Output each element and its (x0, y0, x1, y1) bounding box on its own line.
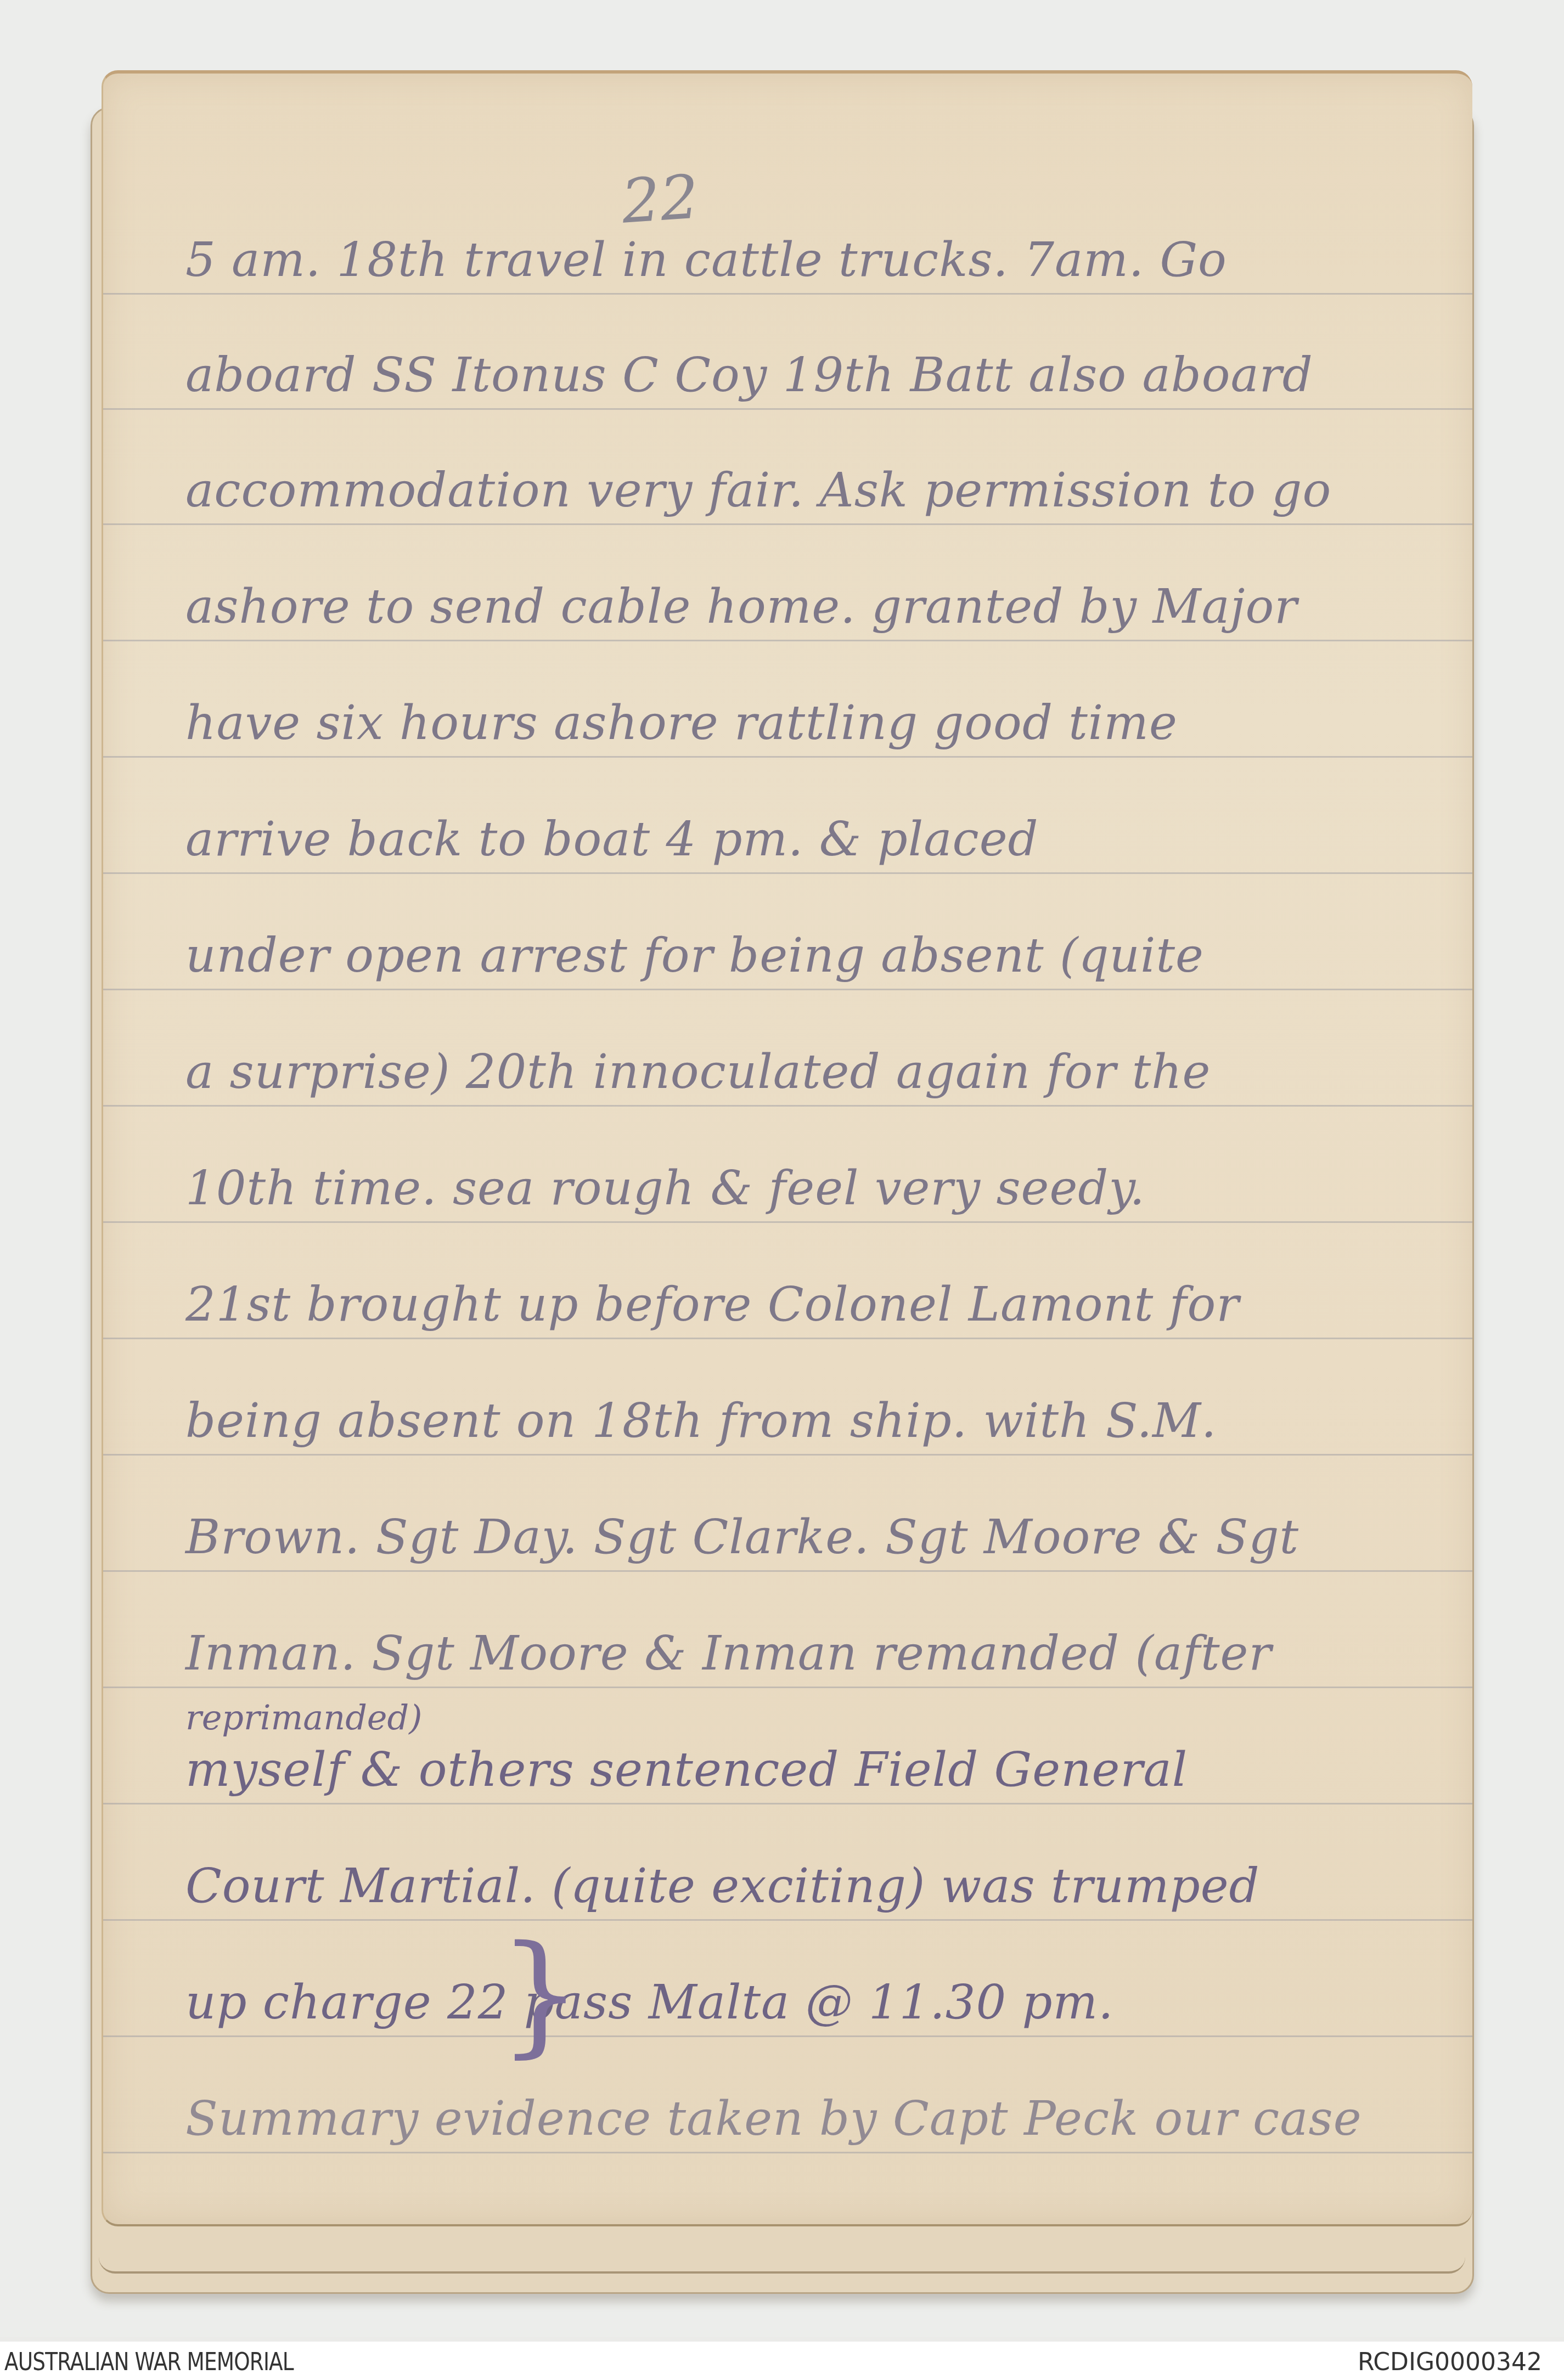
interlinear-note: reprimanded) (185, 1697, 422, 1738)
diary-line-15: Court Martial. (quite exciting) was trum… (185, 1859, 1260, 1914)
brace-mark: } (498, 1928, 582, 2060)
diary-line-5: have six hours ashore rattling good time (185, 696, 1178, 751)
diary-line-13: Inman. Sgt Moore & Inman remanded (after (185, 1626, 1272, 1681)
diary-page: 22 5 am. 18th travel in cattle trucks. 7… (102, 70, 1472, 2226)
diary-line-16: up charge 22 pass Malta @ 11.30 pm. (185, 1975, 1114, 2030)
institution-caption: AUSTRALIAN WAR MEMORIAL (4, 2348, 294, 2376)
diary-line-12: Brown. Sgt Day. Sgt Clarke. Sgt Moore & … (185, 1510, 1299, 1565)
ruled-line (103, 293, 1472, 295)
ruled-line (103, 1454, 1472, 1456)
diary-line-11: being absent on 18th from ship. with S.M… (185, 1394, 1217, 1448)
ruled-line (103, 523, 1472, 525)
ruled-line (103, 1570, 1472, 1572)
ruled-line (103, 2035, 1472, 2037)
ruled-line (103, 1338, 1472, 1339)
page-number: 22 (620, 161, 701, 236)
ruled-line (103, 989, 1472, 990)
diary-line-2: aboard SS Itonus C Coy 19th Batt also ab… (185, 348, 1313, 403)
ruled-line (103, 640, 1472, 641)
ruled-line (103, 872, 1472, 874)
ruled-line (103, 1687, 1472, 1688)
diary-line-14: myself & others sentenced Field General (185, 1742, 1188, 1797)
ruled-line (103, 1803, 1472, 1804)
ruled-line (103, 408, 1472, 410)
diary-line-3: accommodation very fair. Ask permission … (185, 463, 1331, 518)
diary-line-10: 21st brought up before Colonel Lamont fo… (185, 1277, 1240, 1332)
diary-line-4: ashore to send cable home. granted by Ma… (185, 579, 1297, 634)
scan-background: 22 5 am. 18th travel in cattle trucks. 7… (0, 0, 1564, 2337)
diary-line-1: 5 am. 18th travel in cattle trucks. 7am.… (185, 233, 1227, 287)
ruled-line (103, 1919, 1472, 1921)
diary-line-7: under open arrest for being absent (quit… (185, 928, 1204, 983)
ruled-line (103, 2152, 1472, 2153)
catalogue-id: RCDIG0000342 (1358, 2348, 1542, 2376)
ruled-line (103, 1105, 1472, 1107)
diary-line-8: a surprise) 20th innoculated again for t… (185, 1045, 1211, 1099)
diary-line-6: arrive back to boat 4 pm. & placed (185, 812, 1039, 867)
diary-line-9: 10th time. sea rough & feel very seedy. (185, 1161, 1145, 1216)
ruled-line (103, 1221, 1472, 1223)
caption-bar: AUSTRALIAN WAR MEMORIAL RCDIG0000342 (0, 2342, 1564, 2380)
ruled-line (103, 756, 1472, 758)
diary-line-17: Summary evidence taken by Capt Peck our … (185, 2091, 1362, 2146)
